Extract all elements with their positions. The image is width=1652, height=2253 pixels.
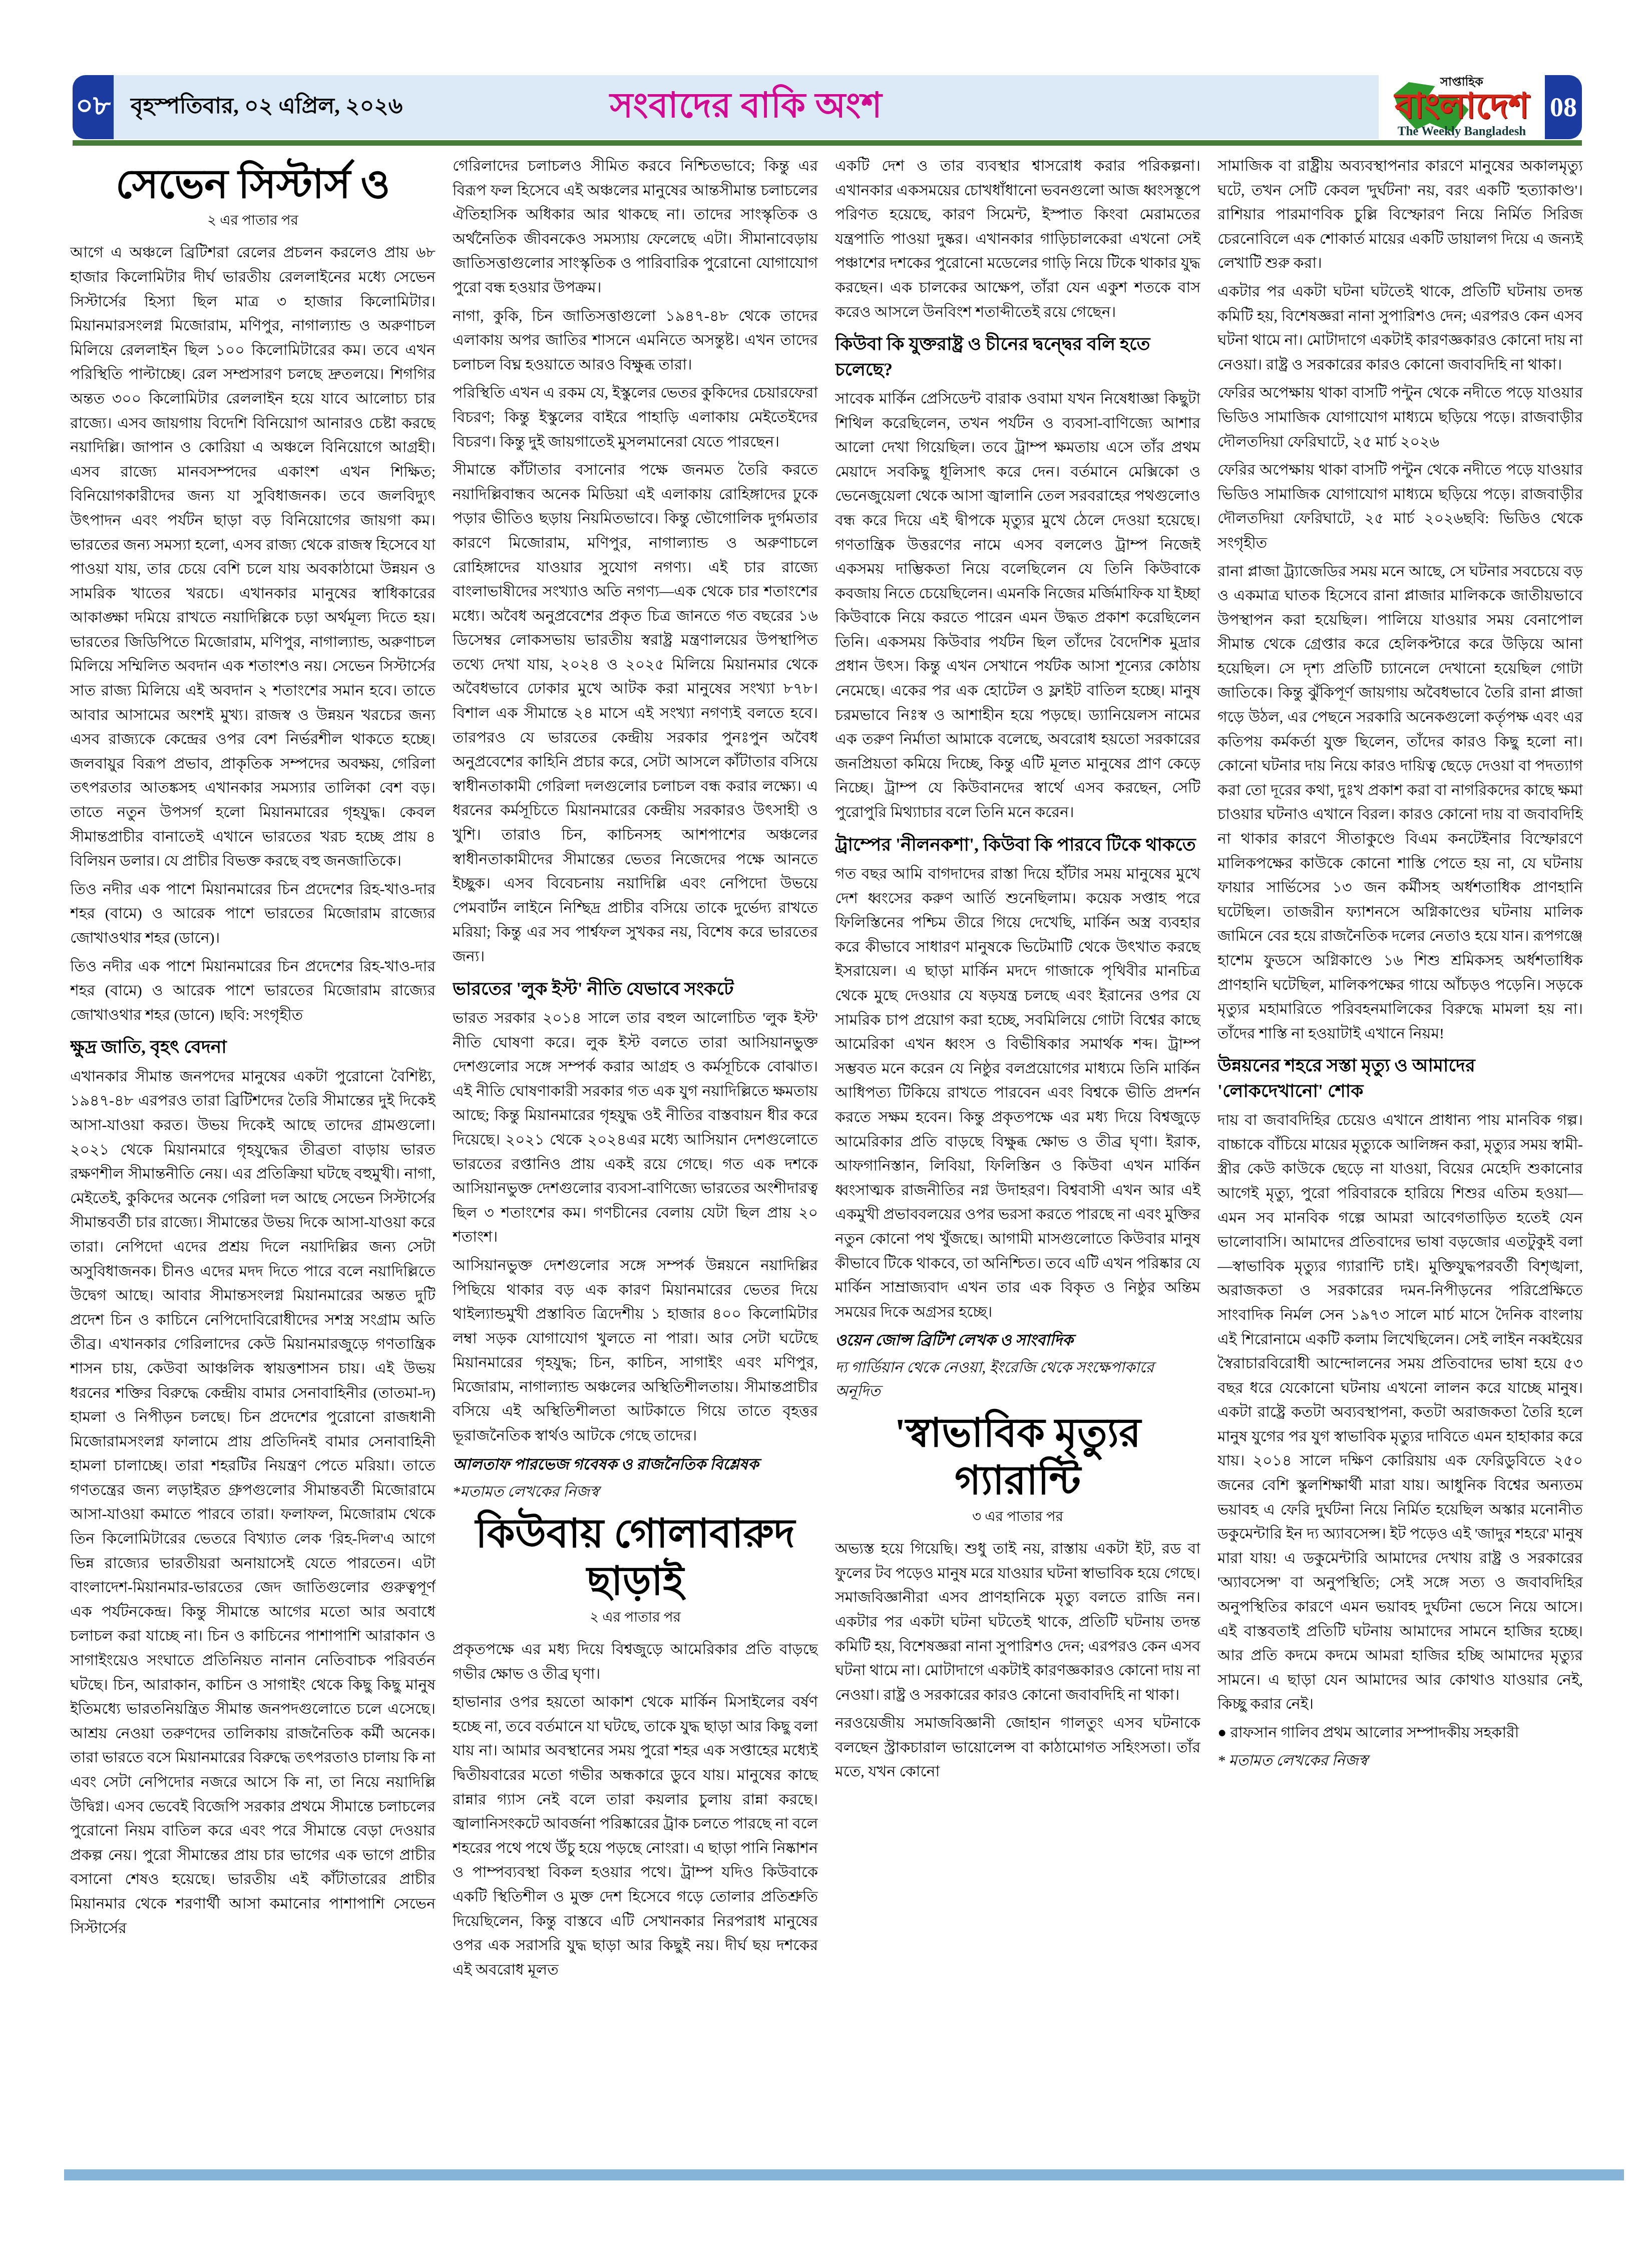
author-bullet-byline: ● রাফসান গালিব প্রথম আলোর সম্পাদকীয় সহক… <box>1217 1721 1583 1745</box>
column-2: গেরিলাদের চলাচলও সীমিত করবে নিশ্চিতভাবে;… <box>453 154 818 2166</box>
column-4: সামাজিক বা রাষ্ট্রীয় অব্যবস্থাপনার কারণ… <box>1217 154 1583 2166</box>
body-paragraph: রানা প্লাজা ট্র্যাজেডির সময় মনে আছে, সে… <box>1217 560 1583 1046</box>
photo-caption: তিও নদীর এক পাশে মিয়ানমারের চিন প্রদেশে… <box>70 955 436 1028</box>
page-number-badge-left: ০৮ <box>73 75 114 139</box>
logo-subtitle: The Weekly Bangladesh <box>1398 125 1526 139</box>
body-paragraph: নাগা, কুকি, চিন জাতিসত্তাগুলো ১৯৪৭-৪৮ থে… <box>453 304 818 378</box>
body-paragraph: আগে এ অঞ্চলে ব্রিটিশরা রেলের প্রচলন করলে… <box>70 241 436 873</box>
author-byline: আলতাফ পারভেজ গবেষক ও রাজনৈতিক বিশ্লেষক <box>453 1452 818 1476</box>
page-number-latin: 08 <box>1550 92 1577 123</box>
opinion-footnote: * মতামত লেখকের নিজস্ব <box>1217 1749 1583 1773</box>
photo-caption: ফেরির অপেক্ষায় থাকা বাসটি পন্টুন থেকে ন… <box>1217 458 1583 555</box>
article-headline: 'স্বাভাবিক মৃত্যুর গ্যারান্টি <box>835 1410 1200 1505</box>
column-1: সেভেন সিস্টার্স ও২ এর পাতার পরআগে এ অঞ্চ… <box>70 154 436 2166</box>
body-paragraph: পরিস্থিতি এখন এ রকম যে, ইস্কুলের ভেতর কু… <box>453 381 818 454</box>
body-paragraph: একটি দেশ ও তার ব্যবস্থার শ্বাসরোধ করার প… <box>835 154 1200 324</box>
section-title: সংবাদের বাকি অংশ <box>114 78 1379 137</box>
body-paragraph: গত বছর আমি বাগদাদের রাস্তা দিয়ে হাঁটার … <box>835 862 1200 1324</box>
continued-from-label: ৩ এর পাতার পর <box>835 1506 1200 1529</box>
body-paragraph: সাবেক মার্কিন প্রেসিডেন্ট বারাক ওবামা যখ… <box>835 387 1200 825</box>
sub-headline: কিউবা কি যুক্তরাষ্ট্র ও চীনের দ্বন্দ্বের… <box>835 331 1200 382</box>
page-number-bengali: ০৮ <box>76 85 111 130</box>
body-paragraph: সামাজিক বা রাষ্ট্রীয় অব্যবস্থাপনার কারণ… <box>1217 154 1583 276</box>
photo-caption: ফেরির অপেক্ষায় থাকা বাসটি পন্টুন থেকে ন… <box>1217 381 1583 454</box>
page-header: ০৮ বৃহস্পতিবার, ০২ এপ্রিল, ২০২৬ সংবাদের … <box>73 75 1582 139</box>
newspaper-page: ০৮ বৃহস্পতিবার, ০২ এপ্রিল, ২০২৬ সংবাদের … <box>0 0 1652 2253</box>
body-paragraph: একটার পর একটা ঘটনা ঘটতেই থাকে, প্রতিটি ঘ… <box>1217 280 1583 377</box>
body-paragraph: এখানকার সীমান্ত জনপদের মানুষের একটা পুরো… <box>70 1065 436 1941</box>
logo-tagline: সাপ্তাহিক <box>1440 76 1483 88</box>
article-headline: সেভেন সিস্টার্স ও <box>70 161 436 208</box>
sub-headline: ভারতের 'লুক ইস্ট' নীতি যেভাবে সংকটে <box>453 976 818 1001</box>
body-paragraph: দায় বা জবাবদিহির চেয়েও এখানে প্রাধান্য… <box>1217 1108 1583 1717</box>
body-paragraph: আসিয়ানভুক্ত দেশগুলোর সঙ্গে সম্পর্ক উন্ন… <box>453 1254 818 1448</box>
continued-from-label: ২ এর পাতার পর <box>70 209 436 233</box>
body-paragraph: ভারত সরকার ২০১৪ সালে তার বহুল আলোচিত 'লু… <box>453 1006 818 1250</box>
sub-headline: ট্রাম্পের 'নীলনকশা', কিউবা কি পারবে টিকে… <box>835 832 1200 857</box>
header-strip: বৃহস্পতিবার, ০২ এপ্রিল, ২০২৬ সংবাদের বাক… <box>114 75 1379 139</box>
body-paragraph: সীমান্তে কাঁটাতার বসানোর পক্ষে জনমত তৈরি… <box>453 458 818 969</box>
column-3: একটি দেশ ও তার ব্যবস্থার শ্বাসরোধ করার প… <box>835 154 1200 2166</box>
opinion-footnote: *মতামত লেখকের নিজস্ব <box>453 1480 818 1504</box>
body-paragraph: নরওয়েজীয় সমাজবিজ্ঞানী জোহান গালতুং এসব… <box>835 1711 1200 1784</box>
author-byline: ওয়েন জোন্স ব্রিটিশ লেখক ও সাংবাদিক <box>835 1328 1200 1352</box>
header-green-rule <box>73 140 1582 146</box>
body-paragraph: হাভানার ওপর হয়তো আকাশ থেকে মার্কিন মিসা… <box>453 1690 818 1982</box>
sub-headline: ক্ষুদ্র জাতি, বৃহৎ বেদনা <box>70 1034 436 1059</box>
continued-from-label: ২ এর পাতার পর <box>453 1606 818 1630</box>
logo-name: বাংলাদেশ <box>1395 88 1529 125</box>
body-paragraph: অভ্যস্ত হয়ে গিয়েছি। শুধু তাই নয়, রাস্… <box>835 1537 1200 1707</box>
sub-headline: উন্নয়নের শহরে সস্তা মৃত্যু ও আমাদের 'লো… <box>1217 1053 1583 1103</box>
photo-caption: তিও নদীর এক পাশে মিয়ানমারের চিন প্রদেশে… <box>70 878 436 951</box>
opinion-footnote: দ্য গার্ডিয়ান থেকে নেওয়া, ইংরেজি থেকে … <box>835 1356 1200 1403</box>
footer-blue-rule <box>64 2169 1624 2180</box>
article-headline: কিউবায় গোলাবারুদ ছাড়াই <box>453 1511 818 1605</box>
body-paragraph: প্রকৃতপক্ষে এর মধ্য দিয়ে বিশ্বজুড়ে আমে… <box>453 1638 818 1686</box>
article-columns: সেভেন সিস্টার্স ও২ এর পাতার পরআগে এ অঞ্চ… <box>70 154 1583 2166</box>
newspaper-logo: সাপ্তাহিক বাংলাদেশ The Weekly Bangladesh <box>1379 75 1545 139</box>
body-paragraph: গেরিলাদের চলাচলও সীমিত করবে নিশ্চিতভাবে;… <box>453 154 818 300</box>
page-number-badge-right: 08 <box>1545 75 1582 139</box>
